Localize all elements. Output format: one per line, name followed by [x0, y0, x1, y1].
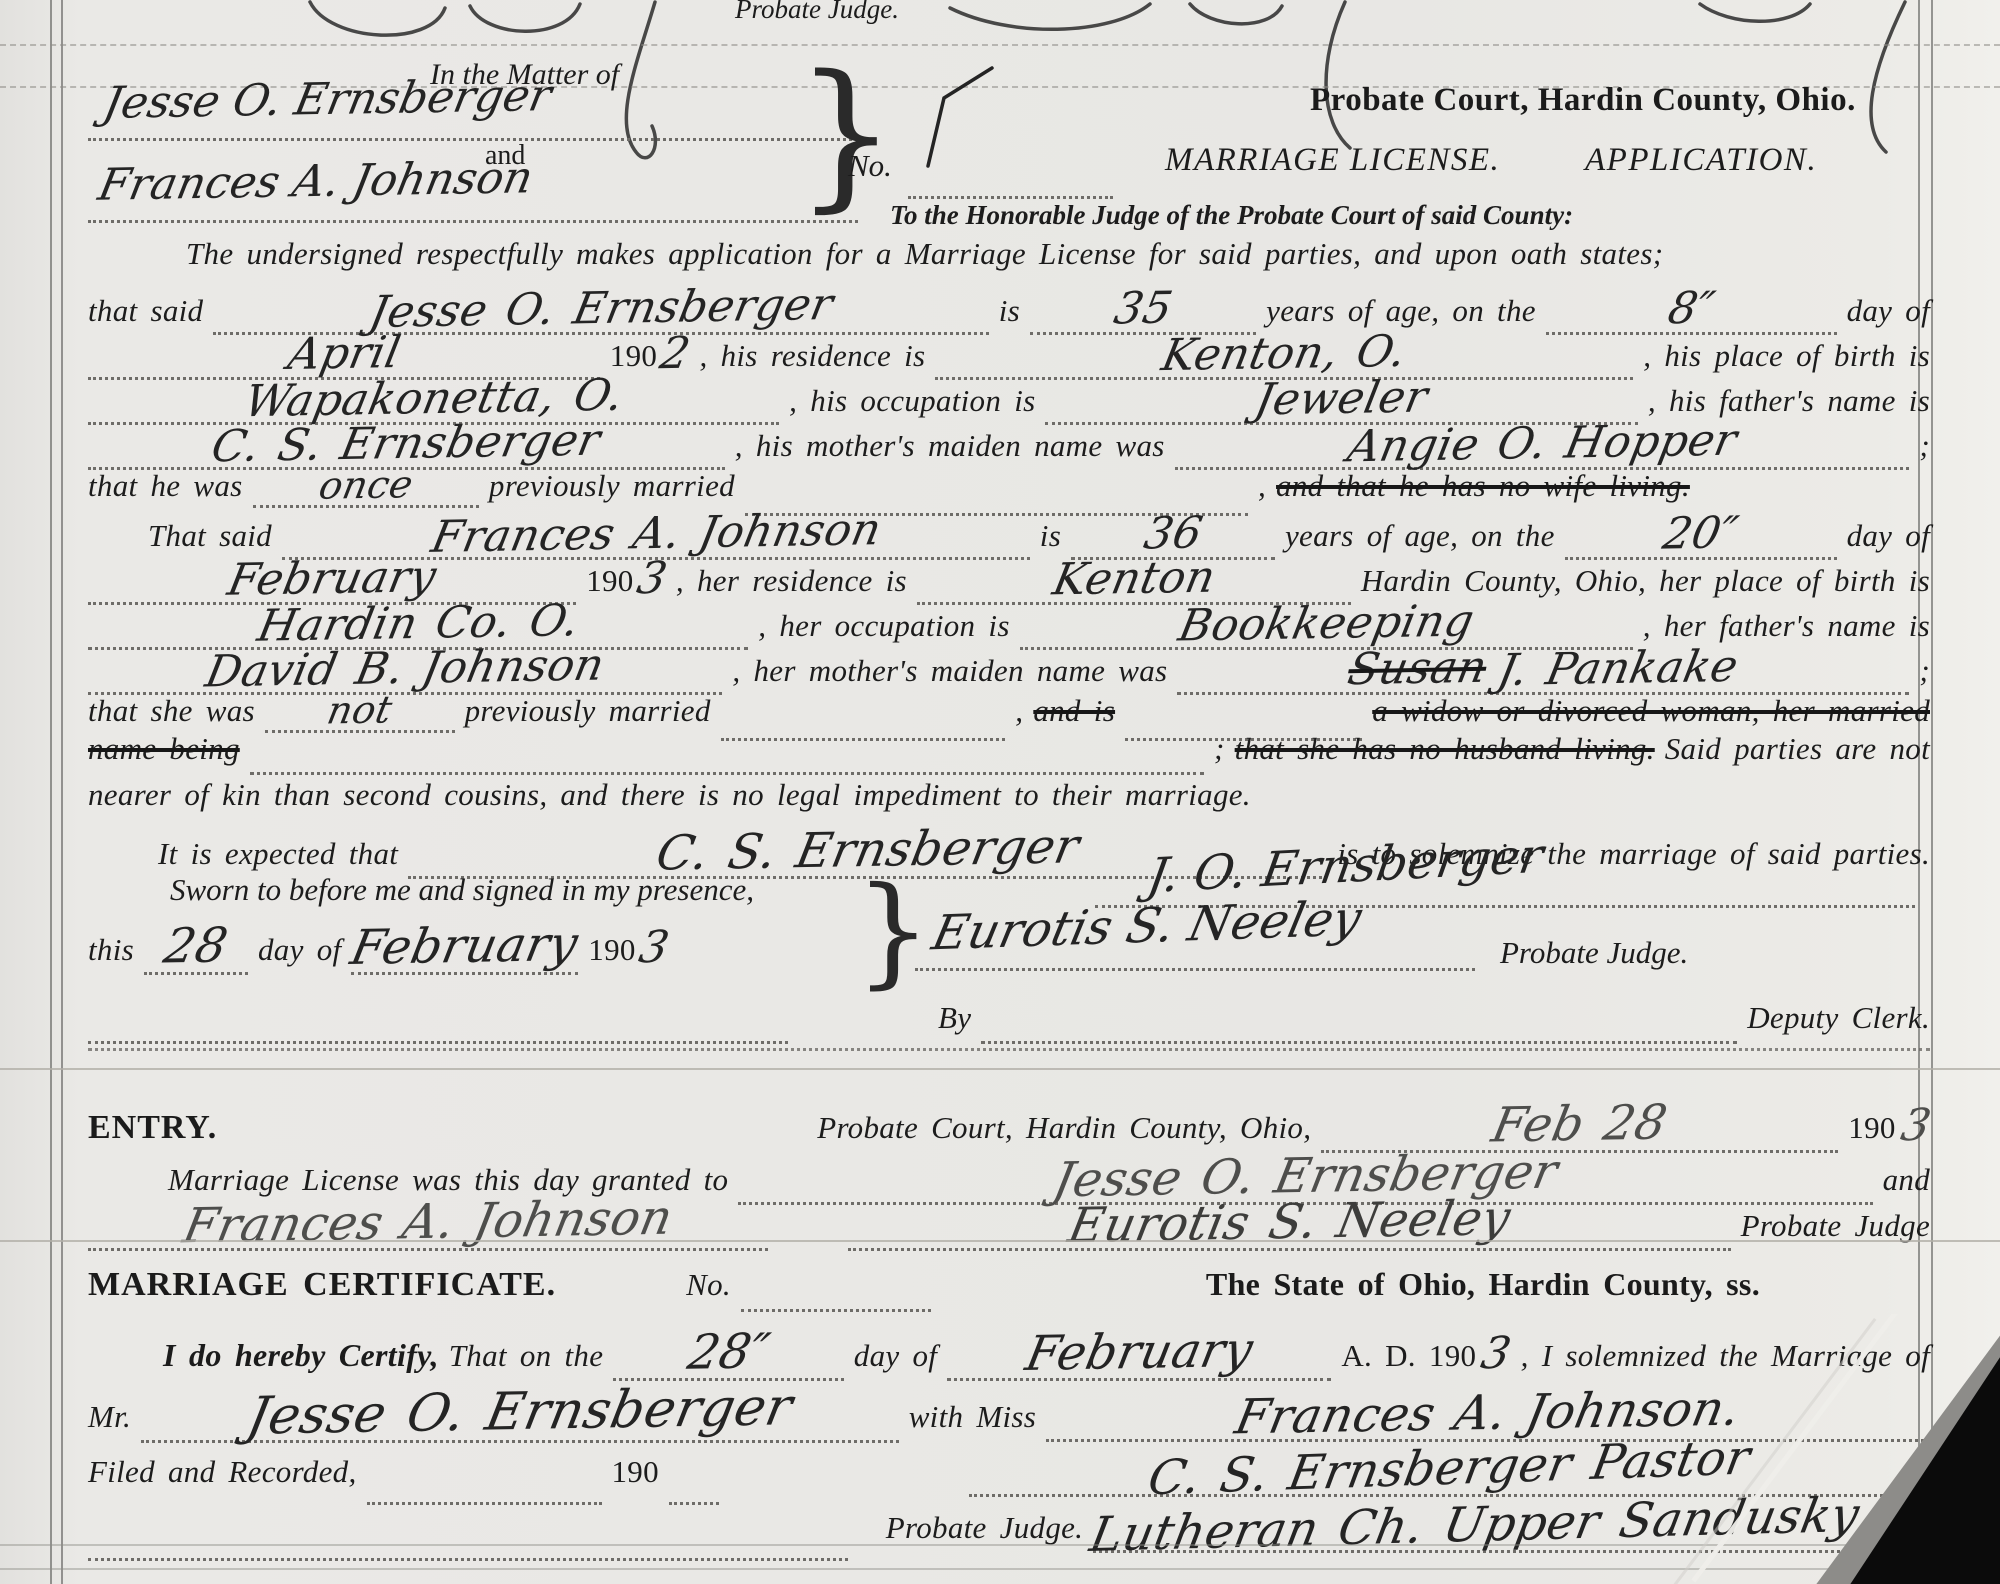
day-of-label: day of: [1847, 293, 1930, 329]
residence-label: , his residence is: [699, 338, 925, 374]
sworn-day-of-label: day of: [258, 932, 341, 968]
residence-label-bride: , her residence is: [676, 563, 907, 599]
application-title: APPLICATION.: [1585, 142, 1817, 179]
that-said-label: that said: [88, 293, 203, 329]
semicolon-3: ;: [1214, 731, 1225, 767]
prev-married-post-bride: previously married: [465, 693, 711, 729]
certificate-no-dotted: [741, 1303, 931, 1312]
residence-suffix-bride: Hardin County, Ohio, her place of birth …: [1361, 563, 1930, 599]
sworn-year-printed: 190: [588, 932, 635, 968]
certificate-groom-handwriting: Jesse O. Ernsberger: [242, 1377, 797, 1446]
certificate-month-field: February: [947, 1322, 1331, 1381]
certificate-state-line: The State of Ohio, Hardin County, ss.: [1206, 1266, 1760, 1303]
that-on-the-label: That on the: [449, 1338, 604, 1374]
sworn-month-handwriting: February: [347, 916, 583, 976]
certificate-header-line: MARRIAGE CERTIFICATE. No. The State of O…: [88, 1266, 1760, 1304]
entry-year-printed: 190: [1848, 1110, 1895, 1146]
expected-that-label: It is expected that: [158, 836, 398, 872]
semicolon: ;: [1919, 428, 1930, 464]
left-border-rule-outer: [50, 0, 52, 1584]
sworn-statement: Sworn to before me and signed in my pres…: [170, 872, 754, 908]
bride-prev-married-handwriting: not: [324, 687, 396, 732]
groom-prev-married-handwriting: once: [315, 462, 416, 508]
kin-clause-rest: nearer of kin than second cousins, and t…: [88, 777, 1251, 813]
party1-handwritten-name: Jesse O. Ernsberger: [99, 70, 555, 129]
mother-label-bride: , her mother's maiden name was: [732, 653, 1167, 689]
corner-highlight-faint: [1669, 1318, 1876, 1584]
certificate-day-of-label: day of: [854, 1338, 937, 1374]
certificate-no-label: No.: [686, 1267, 731, 1303]
by-label: By: [938, 1000, 971, 1036]
faint-rule-top-1: [0, 44, 2000, 46]
occupation-label: , his occupation is: [789, 383, 1035, 419]
entry-court-line: Probate Court, Hardin County, Ohio,: [817, 1110, 1311, 1146]
bride-line-6: name being ; that she has no husband liv…: [88, 731, 1930, 767]
entry-year-digit-handwriting: 3: [1897, 1100, 1935, 1151]
sworn-month-field: February: [351, 916, 578, 975]
year-printed-bride: 190: [586, 563, 633, 599]
certificate-day-field: 28″: [613, 1322, 843, 1381]
entry-bride-field: Frances A. Johnson: [88, 1192, 768, 1251]
with-miss-label: with Miss: [909, 1399, 1036, 1435]
is-label: is: [999, 293, 1020, 329]
solemnize-line: It is expected that C. S. Ernsberger is …: [88, 820, 1930, 879]
this-label: this: [88, 932, 134, 968]
probate-judge-title: Probate Judge.: [1500, 935, 1688, 971]
filed-recorded-label: Filed and Recorded,: [88, 1454, 357, 1490]
struck-no-wife-living: and that he has no wife living.: [1276, 468, 1930, 504]
section-separator-1: [0, 1068, 2000, 1070]
certificate-certify-line: I do hereby Certify, That on the 28″ day…: [88, 1322, 1930, 1381]
entry-judge-signature-handwriting: Eurotis S. Neeley: [1064, 1190, 1515, 1254]
that-said-label-bride: That said: [148, 518, 272, 554]
age-suffix-label-bride: years of age, on the: [1285, 518, 1555, 554]
kin-clause-start: Said parties are not: [1665, 731, 1930, 767]
deputy-clerk-title: Deputy Clerk.: [1747, 1000, 1930, 1036]
judge-signature-dotted-line: [915, 968, 1475, 971]
entry-judge-title: Probate Judge: [1741, 1208, 1930, 1244]
kin-clause-line: nearer of kin than second cousins, and t…: [88, 777, 1930, 813]
is-label-bride: is: [1040, 518, 1061, 554]
certificate-title: MARRIAGE CERTIFICATE.: [88, 1266, 556, 1304]
comma: ,: [1258, 468, 1266, 504]
struck-and-is: and is: [1033, 693, 1115, 729]
court-title: Probate Court, Hardin County, Ohio.: [1310, 82, 1856, 119]
entry-bride-handwriting: Frances A. Johnson: [179, 1190, 678, 1254]
checkmark-pen-stroke: [900, 62, 1030, 182]
no-label: No.: [848, 148, 892, 184]
age-suffix-label: years of age, on the: [1266, 293, 1536, 329]
section-separator-2: [0, 1240, 2000, 1242]
certificate-year-digit-handwriting: 3: [1477, 1328, 1515, 1379]
struck-no-husband-living: that she has no husband living.: [1235, 731, 1655, 767]
caption-brace: }: [795, 40, 897, 227]
sworn-brace: }: [855, 862, 931, 1001]
blank-dotted-left: [88, 1035, 788, 1044]
certificate-groom-field: Jesse O. Ernsberger: [141, 1380, 899, 1443]
opening-text: The undersigned respectfully makes appli…: [186, 236, 1663, 272]
entry-title: ENTRY.: [88, 1109, 217, 1147]
application-opening-line: The undersigned respectfully makes appli…: [88, 236, 1930, 272]
father-label-bride: , her father's name is: [1643, 608, 1930, 644]
struck-name-being: name being: [88, 731, 240, 767]
year-printed: 190: [610, 338, 657, 374]
left-border-rule-inner: [61, 0, 63, 1584]
certify-bold-label: I do hereby Certify,: [163, 1337, 439, 1374]
entry-header-line: ENTRY. Probate Court, Hardin County, Ohi…: [88, 1094, 1930, 1153]
groom-line-5: that he was once previously married , an…: [88, 461, 1930, 508]
license-title: MARRIAGE LICENSE.: [1165, 142, 1500, 179]
party1-dotted-line: [88, 138, 858, 141]
page-corner-shadow: [1660, 1314, 2000, 1584]
groom-prev-married-field: once: [253, 461, 479, 508]
filed-year-printed: 190: [612, 1454, 659, 1490]
certificate-judge-label: Probate Judge.: [886, 1510, 1083, 1546]
sworn-day-handwriting: 28: [160, 917, 233, 974]
comma-bride: ,: [1015, 693, 1023, 729]
birthplace-label: , his place of birth is: [1643, 338, 1930, 374]
day-of-label-bride: day of: [1847, 518, 1930, 554]
sworn-date-line: this 28 day of February 1903: [88, 916, 668, 975]
mother-label: , his mother's maiden name was: [735, 428, 1165, 464]
blank-dotted-full-line: [88, 1048, 1930, 1051]
scanned-marriage-license-document: { "previous_record_strip": { "printed_la…: [0, 0, 2000, 1584]
salutation-line: To the Honorable Judge of the Probate Co…: [890, 200, 1573, 231]
mr-label: Mr.: [88, 1399, 131, 1435]
party2-handwritten-name: Frances A. Johnson: [94, 152, 537, 211]
bride-prev-married-field: not: [265, 686, 455, 733]
certificate-day-handwriting: 28″: [683, 1323, 774, 1380]
ad-year-printed: A. D. 190: [1341, 1338, 1476, 1374]
blank-dotted-segment-4: [250, 766, 1204, 775]
party2-dotted-line: [88, 220, 858, 223]
prev-married-pre: that he was: [88, 468, 243, 504]
prev-married-pre-bride: that she was: [88, 693, 255, 729]
deputy-clerk-line: By Deputy Clerk.: [88, 1000, 1930, 1036]
sworn-day-field: 28: [144, 916, 248, 975]
entry-date-field: Feb 28: [1321, 1094, 1838, 1153]
bottom-blank-dotted: [88, 1552, 848, 1561]
no-dotted-line: [908, 196, 1113, 199]
certificate-month-handwriting: February: [1021, 1322, 1257, 1382]
prev-married-post: previously married: [489, 468, 735, 504]
father-label: , his father's name is: [1648, 383, 1930, 419]
by-dotted-line: [981, 1035, 1737, 1044]
semicolon-bride: ;: [1919, 653, 1930, 689]
corner-shadow-black: [1660, 1314, 2000, 1584]
sworn-year-digit-handwriting: 3: [635, 922, 673, 973]
entry-judge-field: Eurotis S. Neeley: [848, 1192, 1731, 1251]
struck-widow-clause: a widow or divorced woman, her married: [1372, 693, 1930, 729]
entry-bride-judge-line: Frances A. Johnson Eurotis S. Neeley Pro…: [88, 1192, 1930, 1251]
occupation-label-bride: , her occupation is: [758, 608, 1009, 644]
certificate-filed-line: Filed and Recorded, 190 C. S. Ernsberger…: [88, 1438, 1930, 1497]
bride-line-5: that she was not previously married , an…: [88, 686, 1930, 733]
